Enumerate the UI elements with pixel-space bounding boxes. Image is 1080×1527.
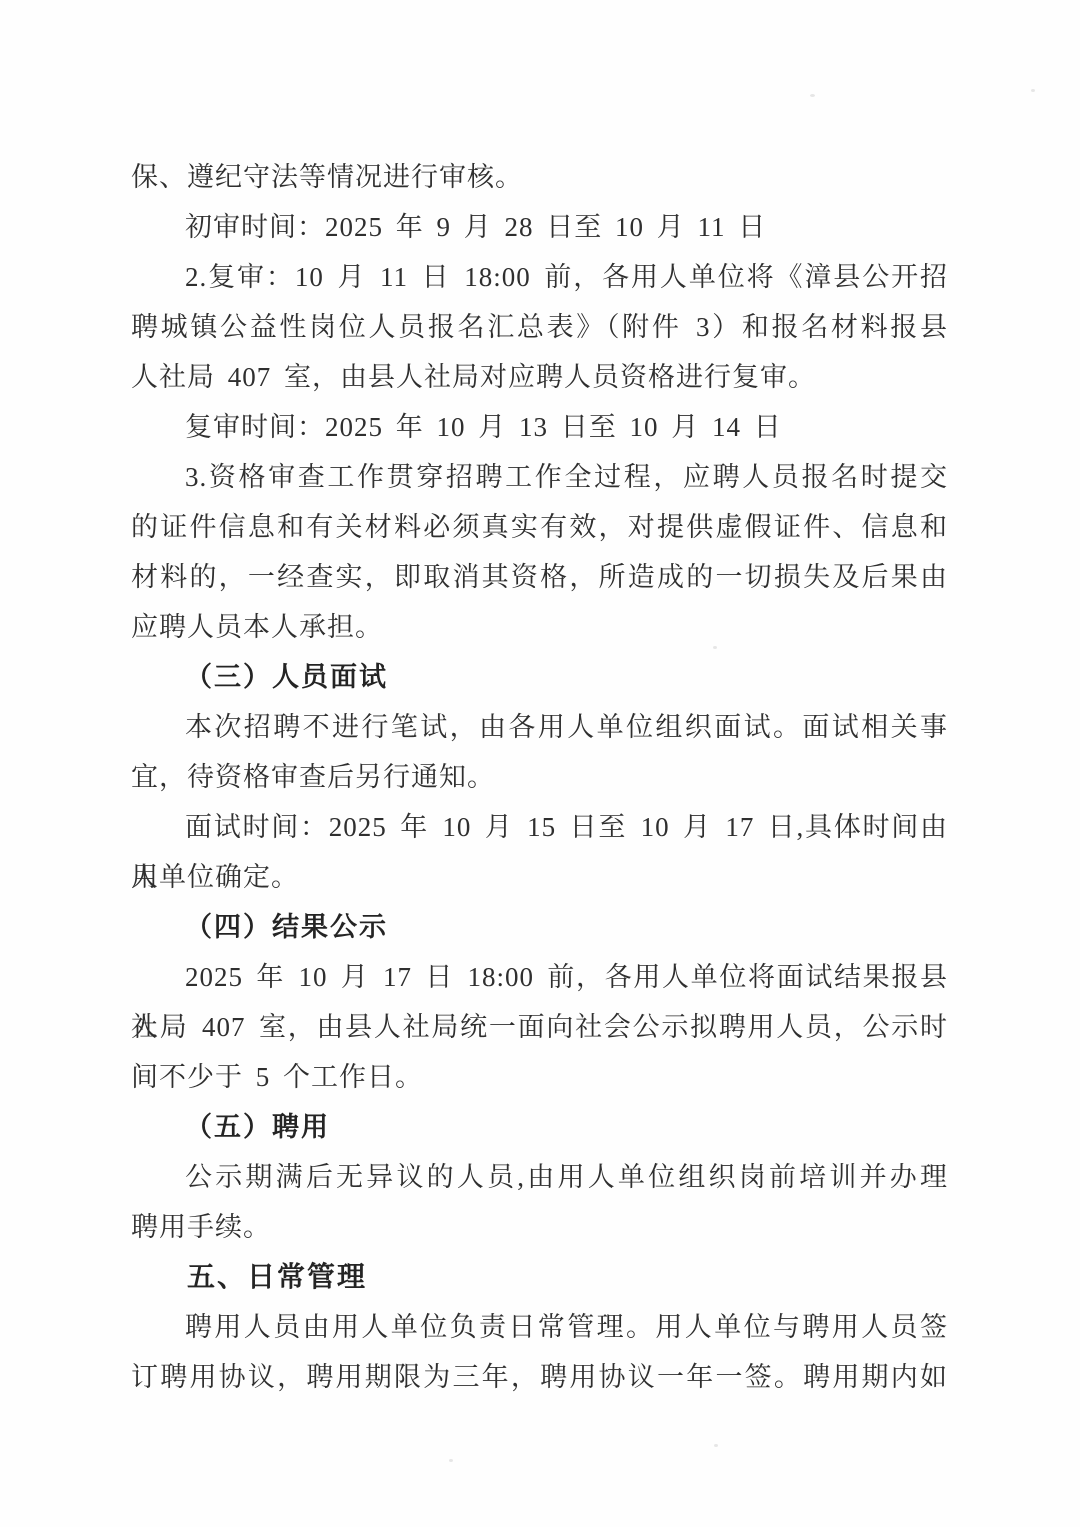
- text-line: 本次招聘不进行笔试，由各用人单位组织面试。面试相关事: [131, 702, 948, 752]
- text-line-initial-review-time: 初审时间：2025 年 9 月 28 日至 10 月 11 日: [131, 202, 948, 252]
- scan-speck: [810, 94, 815, 97]
- text-line: 3.资格审查工作贯穿招聘工作全过程，应聘人员报名时提交: [131, 452, 948, 502]
- text-line: 聘用人员由用人单位负责日常管理。用人单位与聘用人员签: [131, 1302, 948, 1352]
- heading-employment: （五）聘用: [131, 1102, 948, 1152]
- text-line: 订聘用协议，聘用期限为三年，聘用协议一年一签。聘用期内如: [131, 1352, 948, 1402]
- text-line: 的证件信息和有关材料必须真实有效，对提供虚假证件、信息和: [131, 502, 948, 552]
- text-line: 2.复审：10 月 11 日 18:00 前，各用人单位将《漳县公开招: [131, 252, 948, 302]
- text-line: 材料的，一经查实，即取消其资格，所造成的一切损失及后果由: [131, 552, 948, 602]
- heading-personnel-interview: （三）人员面试: [131, 652, 948, 702]
- scan-speck: [1031, 89, 1035, 92]
- text-line-recheck-time: 复审时间：2025 年 10 月 13 日至 10 月 14 日: [131, 402, 948, 452]
- text-line: 应聘人员本人承担。: [131, 602, 948, 652]
- text-line: 公示期满后无异议的人员,由用人单位组织岗前培训并办理: [131, 1152, 948, 1202]
- text-line-interview-time: 面试时间：2025 年 10 月 15 日至 10 月 17 日,具体时间由用: [131, 802, 948, 852]
- heading-result-publicity: （四）结果公示: [131, 902, 948, 952]
- text-line: 人社局 407 室，由县人社局对应聘人员资格进行复审。: [131, 352, 948, 402]
- text-line: 保、遵纪守法等情况进行审核。: [131, 152, 948, 202]
- scan-speck: [449, 1459, 453, 1462]
- document-body: 保、遵纪守法等情况进行审核。 初审时间：2025 年 9 月 28 日至 10 …: [131, 152, 948, 1402]
- text-line: 聘城镇公益性岗位人员报名汇总表》（附件 3）和报名材料报县: [131, 302, 948, 352]
- text-line: 聘用手续。: [131, 1202, 948, 1252]
- text-line: 人单位确定。: [131, 852, 948, 902]
- document-page: 保、遵纪守法等情况进行审核。 初审时间：2025 年 9 月 28 日至 10 …: [0, 0, 1080, 1527]
- text-line: 间不少于 5 个工作日。: [131, 1052, 948, 1102]
- text-line: 社局 407 室，由县人社局统一面向社会公示拟聘用人员，公示时: [131, 1002, 948, 1052]
- text-line: 2025 年 10 月 17 日 18:00 前，各用人单位将面试结果报县人: [131, 952, 948, 1002]
- scan-speck: [714, 1444, 718, 1447]
- heading-daily-management: 五、日常管理: [131, 1252, 948, 1302]
- text-line: 宜，待资格审查后另行通知。: [131, 752, 948, 802]
